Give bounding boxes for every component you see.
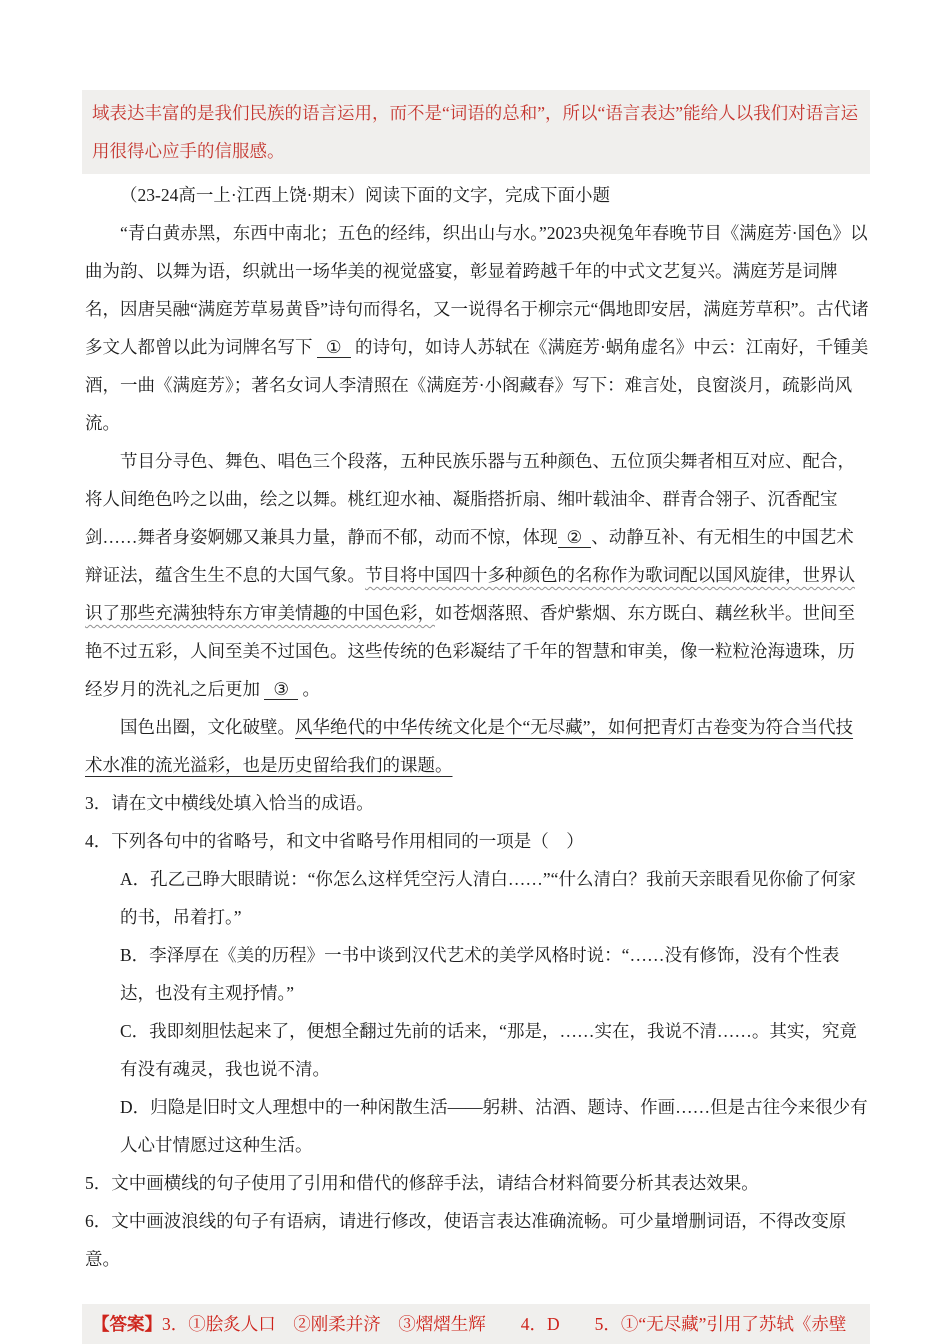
question-q4-option-A: A．孔乙己睁大眼睛说：“你怎么这样凭空污人清白……”“什么清白？我前天亲眼看见你… (85, 860, 870, 936)
passage-paragraph-1: “青白黄赤黑，东西中南北；五色的经纬，织出山与水。”2023央视兔年春晚节目《满… (85, 214, 870, 442)
continuation-note: 域表达丰富的是我们民族的语言运用，而不是“词语的总和”，所以“语言表达”能给人以… (82, 90, 870, 174)
question-q4-option-D: D．归隐是旧时文人理想中的一种闲散生活——躬耕、沽酒、题诗、作画……但是古往今来… (85, 1088, 870, 1164)
answer-bar: 【答案】3．①脍炙人口 ②刚柔并济 ③熠熠生辉 4．D 5．①“无尽藏”引用了苏… (82, 1304, 870, 1344)
question-stem-q6: 6．文中画波浪线的句子有语病，请进行修改，使语言表达准确流畅。可少量增删词语，不… (85, 1202, 870, 1278)
document-page: 域表达丰富的是我们民族的语言运用，而不是“词语的总和”，所以“语言表达”能给人以… (0, 0, 950, 1344)
continuation-note-text: 域表达丰富的是我们民族的语言运用，而不是“词语的总和”，所以“语言表达”能给人以… (92, 103, 858, 161)
exam-source-line: （23-24高一上·江西上饶·期末）阅读下面的文字，完成下面小题 (85, 176, 870, 214)
question-list: 3．请在文中横线处填入恰当的成语。4．下列各句中的省略号，和文中省略号作用相同的… (85, 784, 870, 1278)
passage-paragraph-2: 节目分寻色、舞色、唱色三个段落，五种民族乐器与五种颜色、五位顶尖舞者相互对应、配… (85, 442, 870, 708)
passage-paragraph-3: 国色出圈，文化破壁。风华绝代的中华传统文化是个“无尽藏”，如何把青灯古卷变为符合… (85, 708, 870, 784)
exam-source-text: （23-24高一上·江西上饶·期末）阅读下面的文字，完成下面小题 (120, 185, 610, 205)
fill-in-blank-①: ① (317, 337, 351, 358)
question-stem-q5: 5．文中画横线的句子使用了引用和借代的修辞手法，请结合材料简要分析其表达效果。 (85, 1164, 870, 1202)
answer-bar-content: 3．①脍炙人口 ②刚柔并济 ③熠熠生辉 4．D 5．①“无尽藏”引用了苏轼《赤壁 (162, 1314, 846, 1334)
passage-text: 国色出圈，文化破壁。 (120, 717, 295, 737)
question-q4-option-B: B．李泽厚在《美的历程》一书中谈到汉代艺术的美学风格时说：“……没有修饰，没有个… (85, 936, 870, 1012)
question-stem-q4: 4．下列各句中的省略号，和文中省略号作用相同的一项是（ ） (85, 822, 870, 860)
question-q4-option-C: C．我即刻胆怯起来了，便想全翻过先前的话来，“那是，……实在，我说不清……。其实… (85, 1012, 870, 1088)
fill-in-blank-②: ② (558, 527, 592, 548)
question-stem-q3: 3．请在文中横线处填入恰当的成语。 (85, 784, 870, 822)
passage-text: 。 (298, 679, 320, 699)
fill-in-blank-③: ③ (264, 679, 298, 700)
passage: “青白黄赤黑，东西中南北；五色的经纬，织出山与水。”2023央视兔年春晚节目《满… (85, 214, 870, 784)
answer-bar-label: 【答案】 (92, 1314, 162, 1334)
